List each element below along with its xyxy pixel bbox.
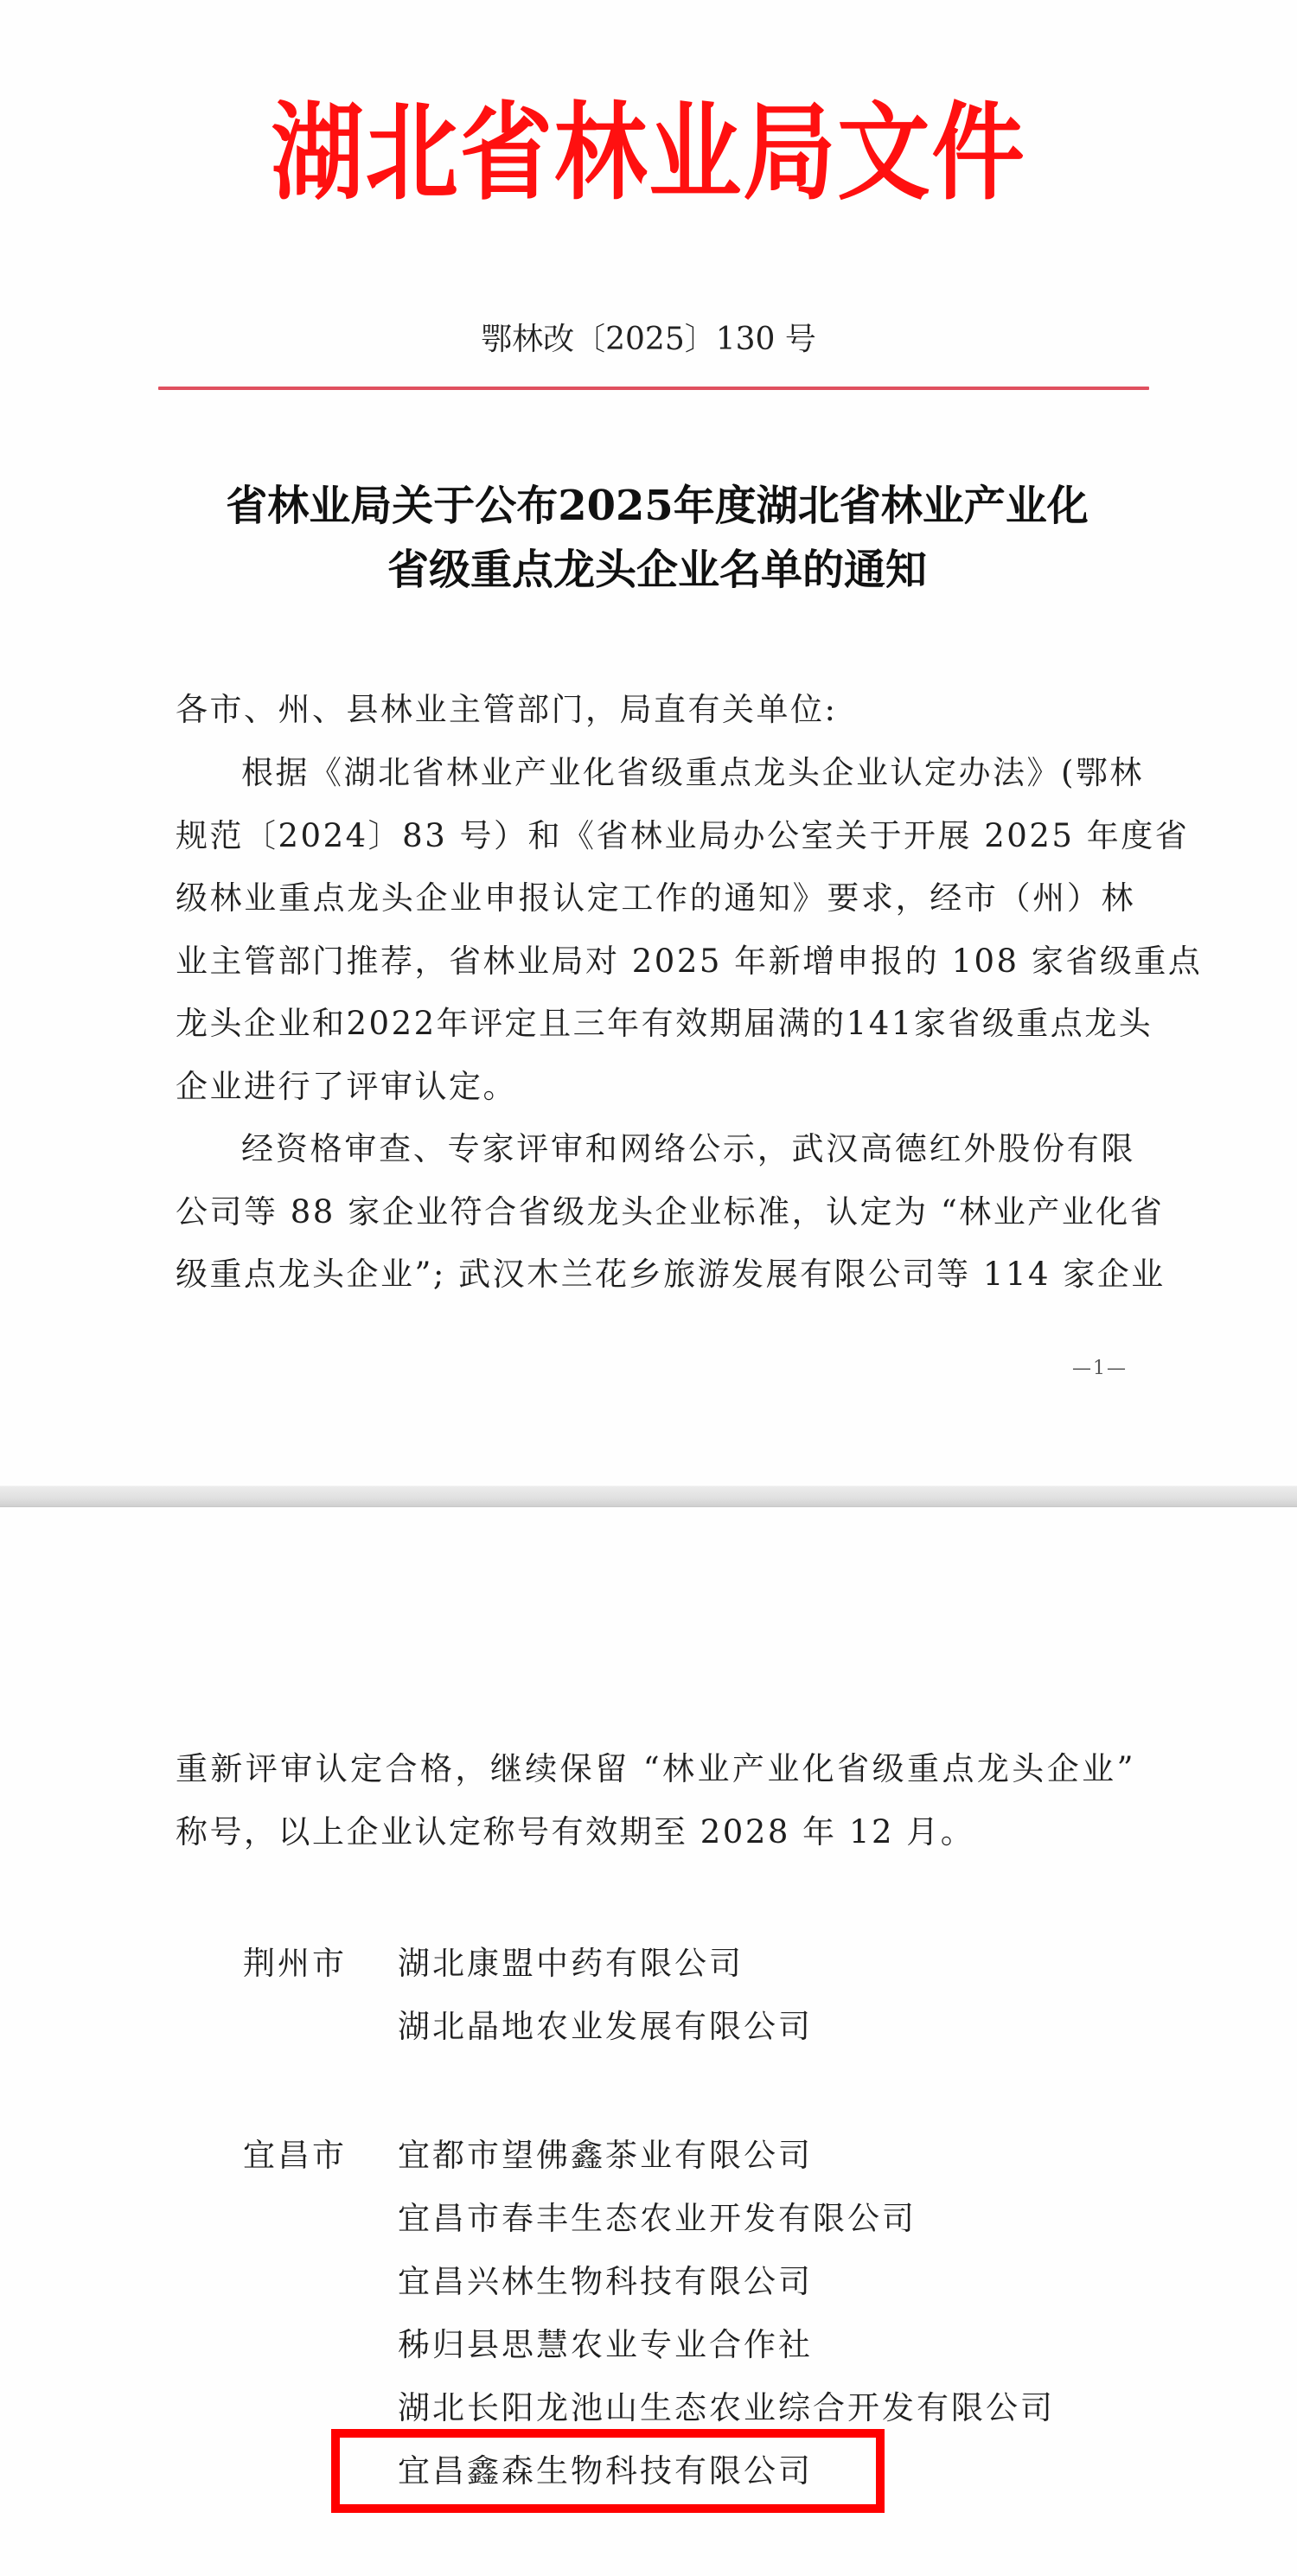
paragraph-line: 经资格审查、专家评审和网络公示，武汉高德红外股份有限: [176, 1118, 1135, 1181]
paragraph-1: 根据《湖北省林业产业化省级重点龙头企业认定办法》(鄂林 规范〔2024〕83 号…: [176, 742, 1135, 1118]
paragraph-line: 公司等 88 家企业符合省级龙头企业标准，认定为 “林业产业化省: [176, 1181, 1135, 1244]
company-item: 宜都市望佛鑫茶业有限公司: [398, 2124, 1055, 2187]
paragraph-line: 级林业重点龙头企业申报认定工作的通知》要求，经市（州）林: [176, 867, 1135, 930]
salutation-text: 各市、州、县林业主管部门，局直有关单位:: [176, 679, 1135, 742]
company-item: 湖北康盟中药有限公司: [398, 1932, 813, 1995]
paragraph-3: 重新评审认定合格，继续保留 “林业产业化省级重点龙头企业” 称号，以上企业认定称…: [176, 1738, 1135, 1863]
paragraph-line: 级重点龙头企业”; 武汉木兰花乡旅游发展有限公司等 114 家企业: [176, 1243, 1135, 1307]
notice-heading: 省林业局关于公布2025年度湖北省林业产业化 省级重点龙头企业名单的通知: [156, 474, 1159, 602]
paragraph-2: 经资格审查、专家评审和网络公示，武汉高德红外股份有限 公司等 88 家企业符合省…: [176, 1118, 1135, 1307]
company-item: 湖北晶地农业发展有限公司: [398, 1995, 813, 2058]
page-separator: [0, 1486, 1297, 1507]
paragraph-line: 称号，以上企业认定称号有效期至 2028 年 12 月。: [176, 1801, 1135, 1864]
paragraph-line: 重新评审认定合格，继续保留 “林业产业化省级重点龙头企业”: [176, 1738, 1135, 1801]
masthead-title: 湖北省林业局文件: [78, 83, 1219, 221]
red-highlight-box: [331, 2429, 885, 2513]
heading-line-1: 省林业局关于公布2025年度湖北省林业产业化: [156, 474, 1159, 538]
city-label: 荆州市: [243, 1932, 347, 1995]
paragraph-line: 业主管部门推荐，省林业局对 2025 年新增申报的 108 家省级重点: [176, 930, 1135, 994]
salutation: 各市、州、县林业主管部门，局直有关单位:: [176, 679, 1135, 742]
company-list: 湖北康盟中药有限公司 湖北晶地农业发展有限公司: [398, 1932, 813, 2058]
city-label: 宜昌市: [243, 2124, 347, 2187]
paragraph-line: 企业进行了评审认定。: [176, 1056, 1135, 1119]
document-page-1: 湖北省林业局文件 鄂林改〔2025〕130 号 省林业局关于公布2025年度湖北…: [0, 0, 1297, 1486]
paragraph-line: 根据《湖北省林业产业化省级重点龙头企业认定办法》(鄂林: [176, 742, 1135, 805]
red-divider-rule: [158, 387, 1149, 390]
document-number: 鄂林改〔2025〕130 号: [0, 320, 1297, 360]
paragraph-line: 规范〔2024〕83 号）和《省林业局办公室关于开展 2025 年度省: [176, 805, 1135, 868]
page-number: —1—: [1072, 1353, 1128, 1384]
company-item: 秭归县思慧农业专业合作社: [398, 2313, 1055, 2376]
paragraph-line: 龙头企业和2022年评定且三年有效期届满的141家省级重点龙头: [176, 993, 1135, 1056]
heading-line-2: 省级重点龙头企业名单的通知: [156, 538, 1159, 602]
company-item: 宜昌市春丰生态农业开发有限公司: [398, 2187, 1055, 2250]
company-item: 宜昌兴林生物科技有限公司: [398, 2250, 1055, 2313]
